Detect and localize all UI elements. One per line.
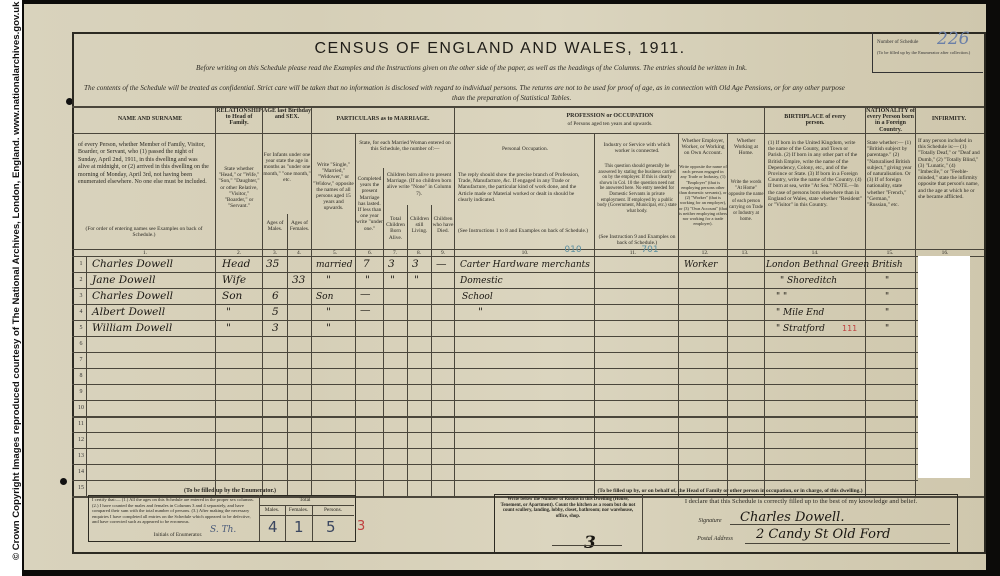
- females-label: Females.: [285, 507, 312, 513]
- row-number: 13: [75, 453, 87, 459]
- totals-line: [259, 505, 354, 506]
- entry-marriage: ": [326, 322, 331, 334]
- entry-name: Charles Dowell: [92, 290, 173, 302]
- col-line-personal: [594, 133, 595, 496]
- col-num-6: 6.: [365, 250, 375, 256]
- entry-years-married: —: [360, 304, 371, 316]
- col-line-name: [215, 106, 216, 496]
- col-line-birthplace: [865, 106, 866, 496]
- entry-relationship: Wife: [222, 274, 246, 286]
- col-num-3: 3.: [270, 250, 280, 256]
- entry-age-male: 35: [266, 258, 279, 270]
- totals-line: [259, 495, 260, 541]
- persons-label: Persons.: [312, 507, 354, 513]
- instruction-line: Before writing on this Schedule please r…: [196, 64, 747, 72]
- document-title: CENSUS OF ENGLAND AND WALES, 1911.: [0, 40, 1000, 58]
- header-marriage-children-note: Children born alive to present Marriage.…: [385, 172, 453, 197]
- header-marriage-title: PARTICULARS as to MARRIAGE.: [312, 116, 454, 122]
- signature-line: [730, 524, 950, 525]
- entry-years-married: 7: [363, 258, 370, 270]
- row-line-13: [72, 464, 918, 465]
- totals-line: [259, 515, 354, 516]
- header-section-line: [72, 133, 984, 134]
- entry-relationship: ": [226, 322, 231, 334]
- row-number: 15: [75, 485, 87, 491]
- header-age-body: For Infants under one year state the age…: [263, 152, 311, 183]
- header-infirmity-body: If any person included in this Schedule …: [918, 138, 980, 200]
- total-persons: 5: [326, 518, 336, 536]
- rooms-underline: [552, 545, 622, 546]
- row-number: 8: [75, 373, 87, 379]
- row-number: 6: [75, 341, 87, 347]
- copyright-strip: © Crown Copyright Images reproduced cour…: [0, 0, 22, 576]
- rooms-instructions: Write below the Number of Rooms in this …: [498, 497, 638, 519]
- header-marriage-years: Completed years the present Marriage has…: [356, 176, 383, 232]
- confidential-line-2: than the preparation of Statistical Tabl…: [452, 94, 571, 102]
- row-number: 2: [75, 277, 87, 283]
- copyright-text: © Crown Copyright Images reproduced cour…: [11, 0, 22, 560]
- row-number: 14: [75, 469, 87, 475]
- birthplace-code: 111: [842, 324, 857, 333]
- entry-age-male: 6: [272, 290, 279, 302]
- schedule-number-box: Number of Schedule (To be filled up by t…: [872, 32, 983, 73]
- table-top-line: [72, 106, 984, 108]
- entry-occupation: Domestic: [460, 276, 503, 286]
- entry-marriage: ": [326, 274, 331, 286]
- entry-birthplace: " Shoreditch: [780, 276, 837, 286]
- header-relationship-title: RELATIONSHIP to Head of Family.: [216, 108, 262, 127]
- col-num-13: 13.: [740, 250, 750, 256]
- rooms-count: 3: [584, 533, 596, 553]
- header-home-body: Write the words "At Home" opposite the n…: [728, 180, 764, 223]
- entry-birthplace: " ": [776, 292, 787, 302]
- entry-years-married: ": [365, 274, 370, 286]
- header-personal-occupation-note: (See Instructions 1 to 8 and Examples on…: [458, 228, 590, 234]
- address-line: [745, 543, 950, 544]
- row-line-11: [72, 432, 918, 433]
- punch-hole-bottom: [60, 478, 67, 485]
- entry-name: Jane Dowell: [92, 274, 155, 286]
- header-marriage-living: Children still Living.: [408, 216, 431, 235]
- header-relationship-body: State whether "Head," or "Wife," "Son," …: [217, 166, 261, 209]
- header-industry-body: This question should generally be answer…: [597, 164, 677, 214]
- row-number: 9: [75, 389, 87, 395]
- row-number: 5: [75, 325, 87, 331]
- row-number: 3: [75, 293, 87, 299]
- header-marriage-state-note: State, for each Married Woman entered on…: [358, 140, 452, 152]
- col-line-home: [764, 106, 765, 496]
- entry-birthplace: London Bethnal Green: [766, 260, 869, 270]
- row-number: 4: [75, 309, 87, 315]
- header-birthplace-body: (1) If born in the United Kingdom, write…: [768, 140, 863, 208]
- header-marriage-total: Total Children Born Alive.: [384, 216, 407, 241]
- row-line-5: [72, 336, 918, 337]
- entry-nationality: ": [885, 308, 889, 318]
- entry-years-married: —: [360, 288, 371, 300]
- address-label: Postal Address: [690, 536, 740, 542]
- col-num-10: 10.: [520, 250, 530, 256]
- row-line-2: [72, 288, 918, 289]
- entry-relationship: Son: [222, 290, 242, 302]
- header-age-title: AGE last Birthday and SEX.: [263, 108, 311, 120]
- header-marriage-died: Children who have Died.: [432, 216, 454, 235]
- header-infirmity-title: INFIRMITY.: [916, 116, 982, 122]
- entry-nationality: ": [885, 276, 889, 286]
- col-num-4: 4.: [294, 250, 304, 256]
- occupation-code: 010: [563, 247, 583, 253]
- row-line-4: [72, 320, 918, 321]
- entry-children-total: 3: [388, 258, 395, 270]
- header-personal-occupation: Personal Occupation.: [470, 146, 580, 152]
- col-num-7: 7.: [390, 250, 400, 256]
- col-num-12: 12.: [700, 250, 710, 256]
- row-line-10: [72, 416, 918, 418]
- entry-children-living: ": [414, 274, 419, 286]
- col-num-5: 5.: [330, 250, 340, 256]
- col-line-total: [407, 205, 408, 496]
- enumerator-certify: I certify that:— (1.) All the ages on th…: [92, 497, 256, 525]
- row-line-14: [72, 480, 918, 481]
- enumerator-heading: (To be filled up by the Enumerator.): [160, 488, 300, 494]
- entry-birthplace: " Stratford: [776, 324, 825, 334]
- entry-age-male: 5: [272, 306, 279, 318]
- header-nationality-body: State whether:— (1) "British subject by …: [867, 140, 914, 208]
- schedule-number: 226: [937, 29, 969, 49]
- postal-address: 2 Candy St Old Ford: [756, 527, 890, 542]
- entry-employer: Worker: [684, 260, 717, 270]
- entry-children-total: ": [390, 274, 395, 286]
- col-line-nationality: [915, 106, 916, 496]
- entry-age-female: 33: [292, 274, 305, 286]
- entry-relationship: Head: [222, 258, 250, 270]
- row-number: 12: [75, 437, 87, 443]
- row-number: 11: [75, 421, 87, 427]
- col-num-11: 11.: [628, 250, 638, 256]
- header-name-note: (For order of entering names see Example…: [78, 226, 210, 238]
- entry-name: Albert Dowell: [92, 306, 165, 318]
- header-birthplace-title: BIRTHPLACE of every person.: [775, 114, 855, 126]
- row-number: 10: [75, 405, 87, 411]
- enumerator-initials-label: Initials of Enumerator.: [148, 532, 208, 538]
- confidential-line-1: The contents of the Schedule will be tre…: [84, 84, 845, 92]
- col-num-8: 8.: [414, 250, 424, 256]
- row-line-1: [72, 272, 918, 273]
- males-label: Males.: [259, 507, 285, 513]
- redacted-infirmity-area: [918, 256, 970, 478]
- signature: Charles Dowell.: [740, 510, 844, 525]
- header-employer: Whether Employer, Worker, or Working on …: [679, 138, 727, 157]
- header-occupation-title: PROFESSION or OCCUPATION: [540, 113, 680, 119]
- census-form-border: [72, 32, 986, 554]
- header-age-females: Ages of Females.: [288, 220, 311, 232]
- col-num-14: 14.: [810, 250, 820, 256]
- entry-children-died: —: [436, 258, 447, 270]
- col-line-living: [431, 205, 432, 496]
- col-num-2: 2.: [234, 250, 244, 256]
- entry-age-male: 3: [272, 322, 279, 334]
- entry-occupation: Carter Hardware merchants: [460, 260, 590, 270]
- header-occupation-subtitle: of Persons aged ten years and upwards.: [520, 121, 700, 127]
- red-mark: 3: [357, 519, 365, 534]
- row-line-7: [72, 368, 918, 369]
- col-num-9: 9.: [438, 250, 448, 256]
- row-line-3: [72, 304, 918, 305]
- rooms-divider: [642, 494, 643, 552]
- enumerator-initials: S. Th.: [210, 525, 236, 535]
- header-employer-body: Write opposite the name of each person e…: [679, 164, 727, 226]
- entry-relationship: ": [226, 306, 231, 318]
- entry-nationality: British: [872, 260, 903, 270]
- col-num-1: 1.: [140, 250, 150, 256]
- header-nationality-title: NATIONALITY of every Person born in a Fo…: [866, 108, 915, 133]
- entry-marriage: Son: [316, 292, 333, 302]
- header-industry: Industry or Service with which worker is…: [598, 142, 676, 154]
- row-line-12: [72, 448, 918, 449]
- row-line-8: [72, 384, 918, 385]
- total-females: 1: [294, 518, 304, 536]
- industry-code: 701: [640, 247, 660, 253]
- header-name-title: NAME AND SURNAME: [90, 116, 210, 122]
- declaration-text: I declare that this Schedule is correctl…: [646, 499, 956, 505]
- header-marriage-status: Write "Single," "Married," "Widower," or…: [313, 162, 354, 212]
- entry-occupation: School: [462, 292, 493, 302]
- row-line-6: [72, 352, 918, 353]
- col-line-died: [454, 106, 455, 496]
- entry-birthplace: " Mile End: [776, 308, 824, 318]
- col-num-15: 15.: [885, 250, 895, 256]
- entry-occupation: ": [478, 306, 483, 318]
- entry-marriage: ": [326, 306, 331, 318]
- entry-nationality: ": [885, 324, 889, 334]
- entry-marriage: married: [316, 260, 352, 270]
- header-age-males: Ages of Males.: [263, 220, 287, 232]
- entry-name: Charles Dowell: [92, 258, 173, 270]
- total-males: 4: [268, 518, 278, 536]
- schedule-number-note: (To be filled up by the Enumerator after…: [877, 50, 977, 56]
- totals-label: Total: [290, 497, 320, 503]
- header-name-body: of every Person, whether Member of Famil…: [78, 142, 210, 186]
- row-number: 1: [75, 261, 87, 267]
- header-personal-occupation-body: The reply should show the precise branch…: [458, 172, 590, 203]
- header-home: Whether Working at Home.: [728, 138, 764, 157]
- entry-nationality: ": [885, 292, 889, 302]
- entry-name: William Dowell: [92, 322, 172, 334]
- schedule-number-label: Number of Schedule: [877, 40, 918, 45]
- signature-label: Signature: [690, 518, 730, 524]
- col-line-age: [311, 106, 312, 496]
- row-number: 7: [75, 357, 87, 363]
- entry-children-living: 3: [412, 258, 419, 270]
- col-line-age-mid: [287, 214, 288, 496]
- row-line-9: [72, 400, 918, 401]
- header-industry-note: (See Instruction 9 and Examples on back …: [597, 234, 677, 246]
